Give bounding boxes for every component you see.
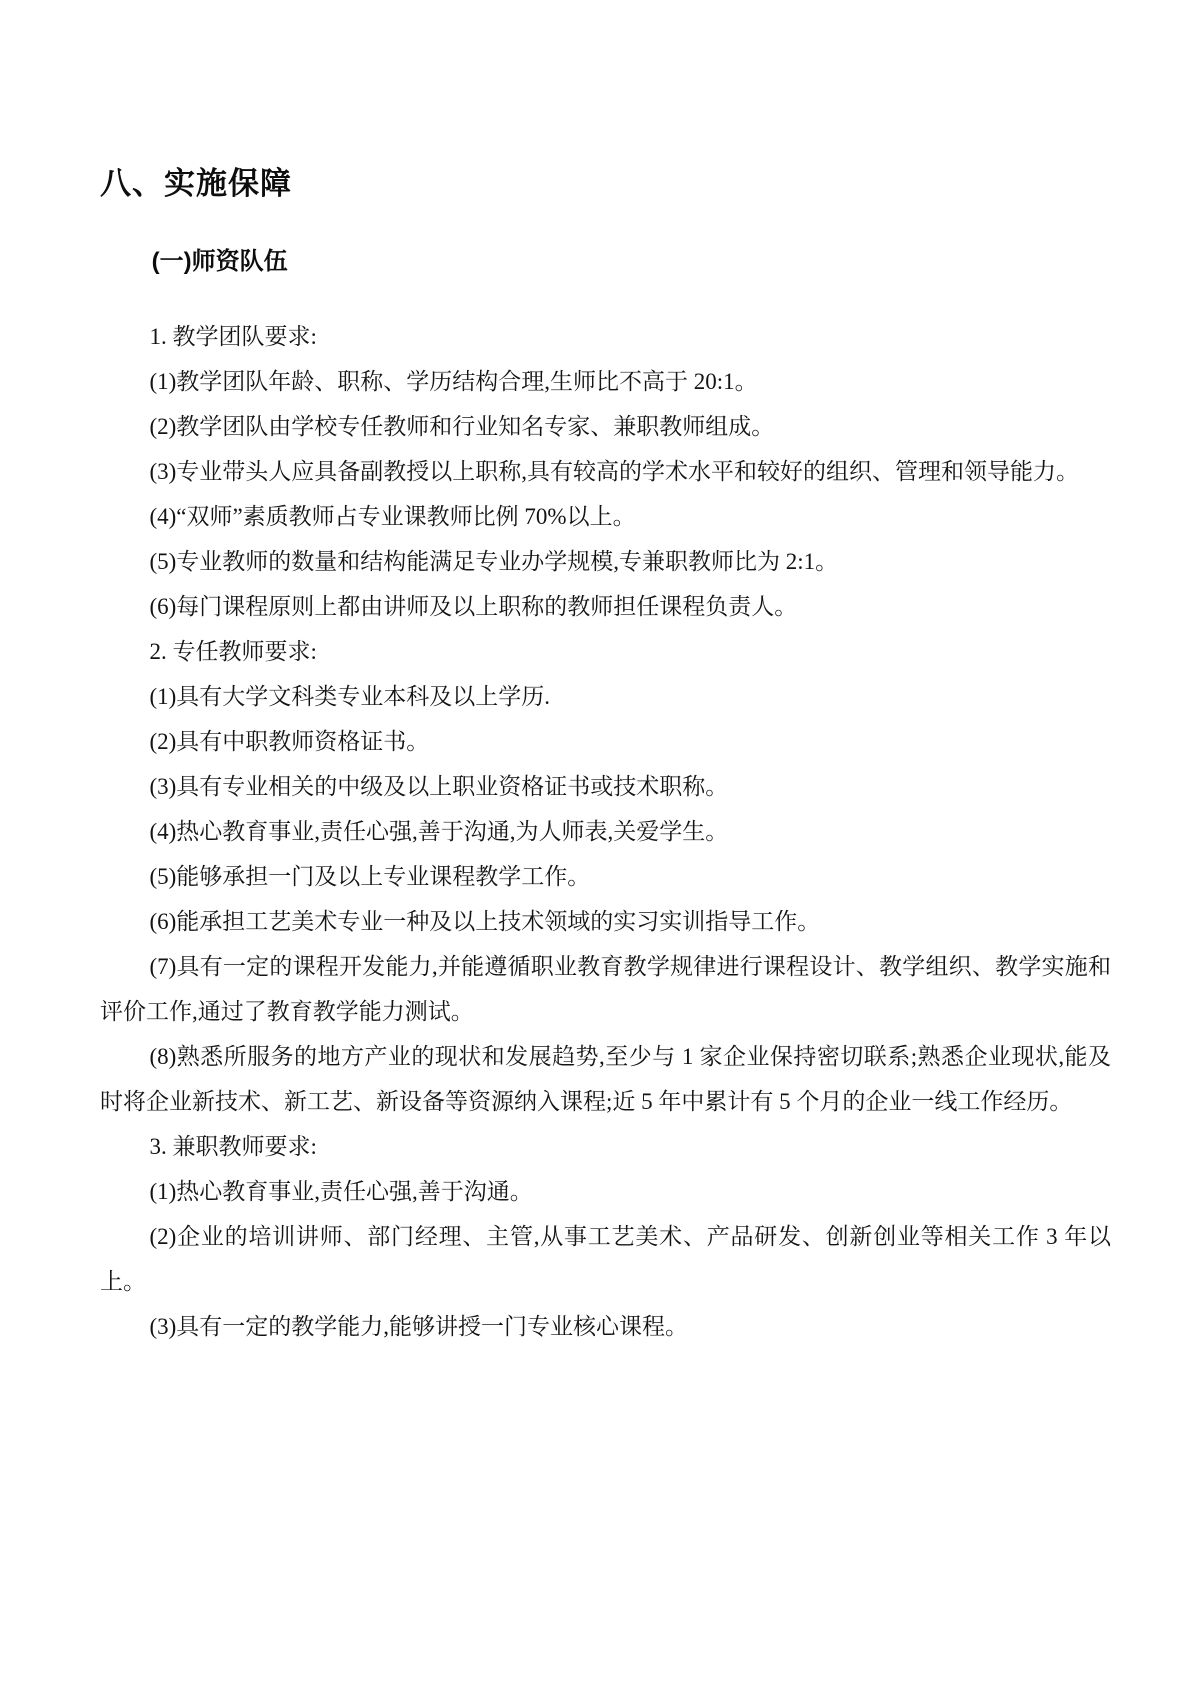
section-heading: (一)师资队伍 — [100, 245, 1111, 279]
document-page: 八、实施保障 (一)师资队伍 1. 教学团队要求: (1)教学团队年龄、职称、学… — [0, 0, 1199, 1696]
doc-paragraph: (5)能够承担一门及以上专业课程教学工作。 — [100, 854, 1111, 899]
doc-paragraph: (1)热心教育事业,责任心强,善于沟通。 — [100, 1169, 1111, 1214]
doc-paragraph: (2)企业的培训讲师、部门经理、主管,从事工艺美术、产品研发、创新创业等相关工作… — [100, 1214, 1111, 1304]
doc-paragraph: (3)具有一定的教学能力,能够讲授一门专业核心课程。 — [100, 1304, 1111, 1349]
doc-paragraph: (5)专业教师的数量和结构能满足专业办学规模,专兼职教师比为 2:1。 — [100, 539, 1111, 584]
doc-paragraph: (3)具有专业相关的中级及以上职业资格证书或技术职称。 — [100, 764, 1111, 809]
doc-paragraph: (1)教学团队年龄、职称、学历结构合理,生师比不高于 20:1。 — [100, 359, 1111, 404]
doc-paragraph: 1. 教学团队要求: — [100, 314, 1111, 359]
doc-paragraph: (7)具有一定的课程开发能力,并能遵循职业教育教学规律进行课程设计、教学组织、教… — [100, 944, 1111, 1034]
doc-paragraph: 2. 专任教师要求: — [100, 629, 1111, 674]
doc-paragraph: 3. 兼职教师要求: — [100, 1124, 1111, 1169]
doc-paragraph: (6)能承担工艺美术专业一种及以上技术领域的实习实训指导工作。 — [100, 899, 1111, 944]
doc-paragraph: (4)热心教育事业,责任心强,善于沟通,为人师表,关爱学生。 — [100, 809, 1111, 854]
doc-body: 1. 教学团队要求: (1)教学团队年龄、职称、学历结构合理,生师比不高于 20… — [100, 314, 1111, 1349]
doc-paragraph: (2)教学团队由学校专任教师和行业知名专家、兼职教师组成。 — [100, 404, 1111, 449]
doc-paragraph: (6)每门课程原则上都由讲师及以上职称的教师担任课程负责人。 — [100, 584, 1111, 629]
doc-paragraph: (8)熟悉所服务的地方产业的现状和发展趋势,至少与 1 家企业保持密切联系;熟悉… — [100, 1034, 1111, 1124]
doc-title: 八、实施保障 — [100, 163, 1111, 205]
doc-paragraph: (4)“双师”素质教师占专业课教师比例 70%以上。 — [100, 494, 1111, 539]
doc-paragraph: (2)具有中职教师资格证书。 — [100, 719, 1111, 764]
doc-paragraph: (1)具有大学文科类专业本科及以上学历. — [100, 674, 1111, 719]
doc-paragraph: (3)专业带头人应具备副教授以上职称,具有较高的学术水平和较好的组织、管理和领导… — [100, 449, 1111, 494]
